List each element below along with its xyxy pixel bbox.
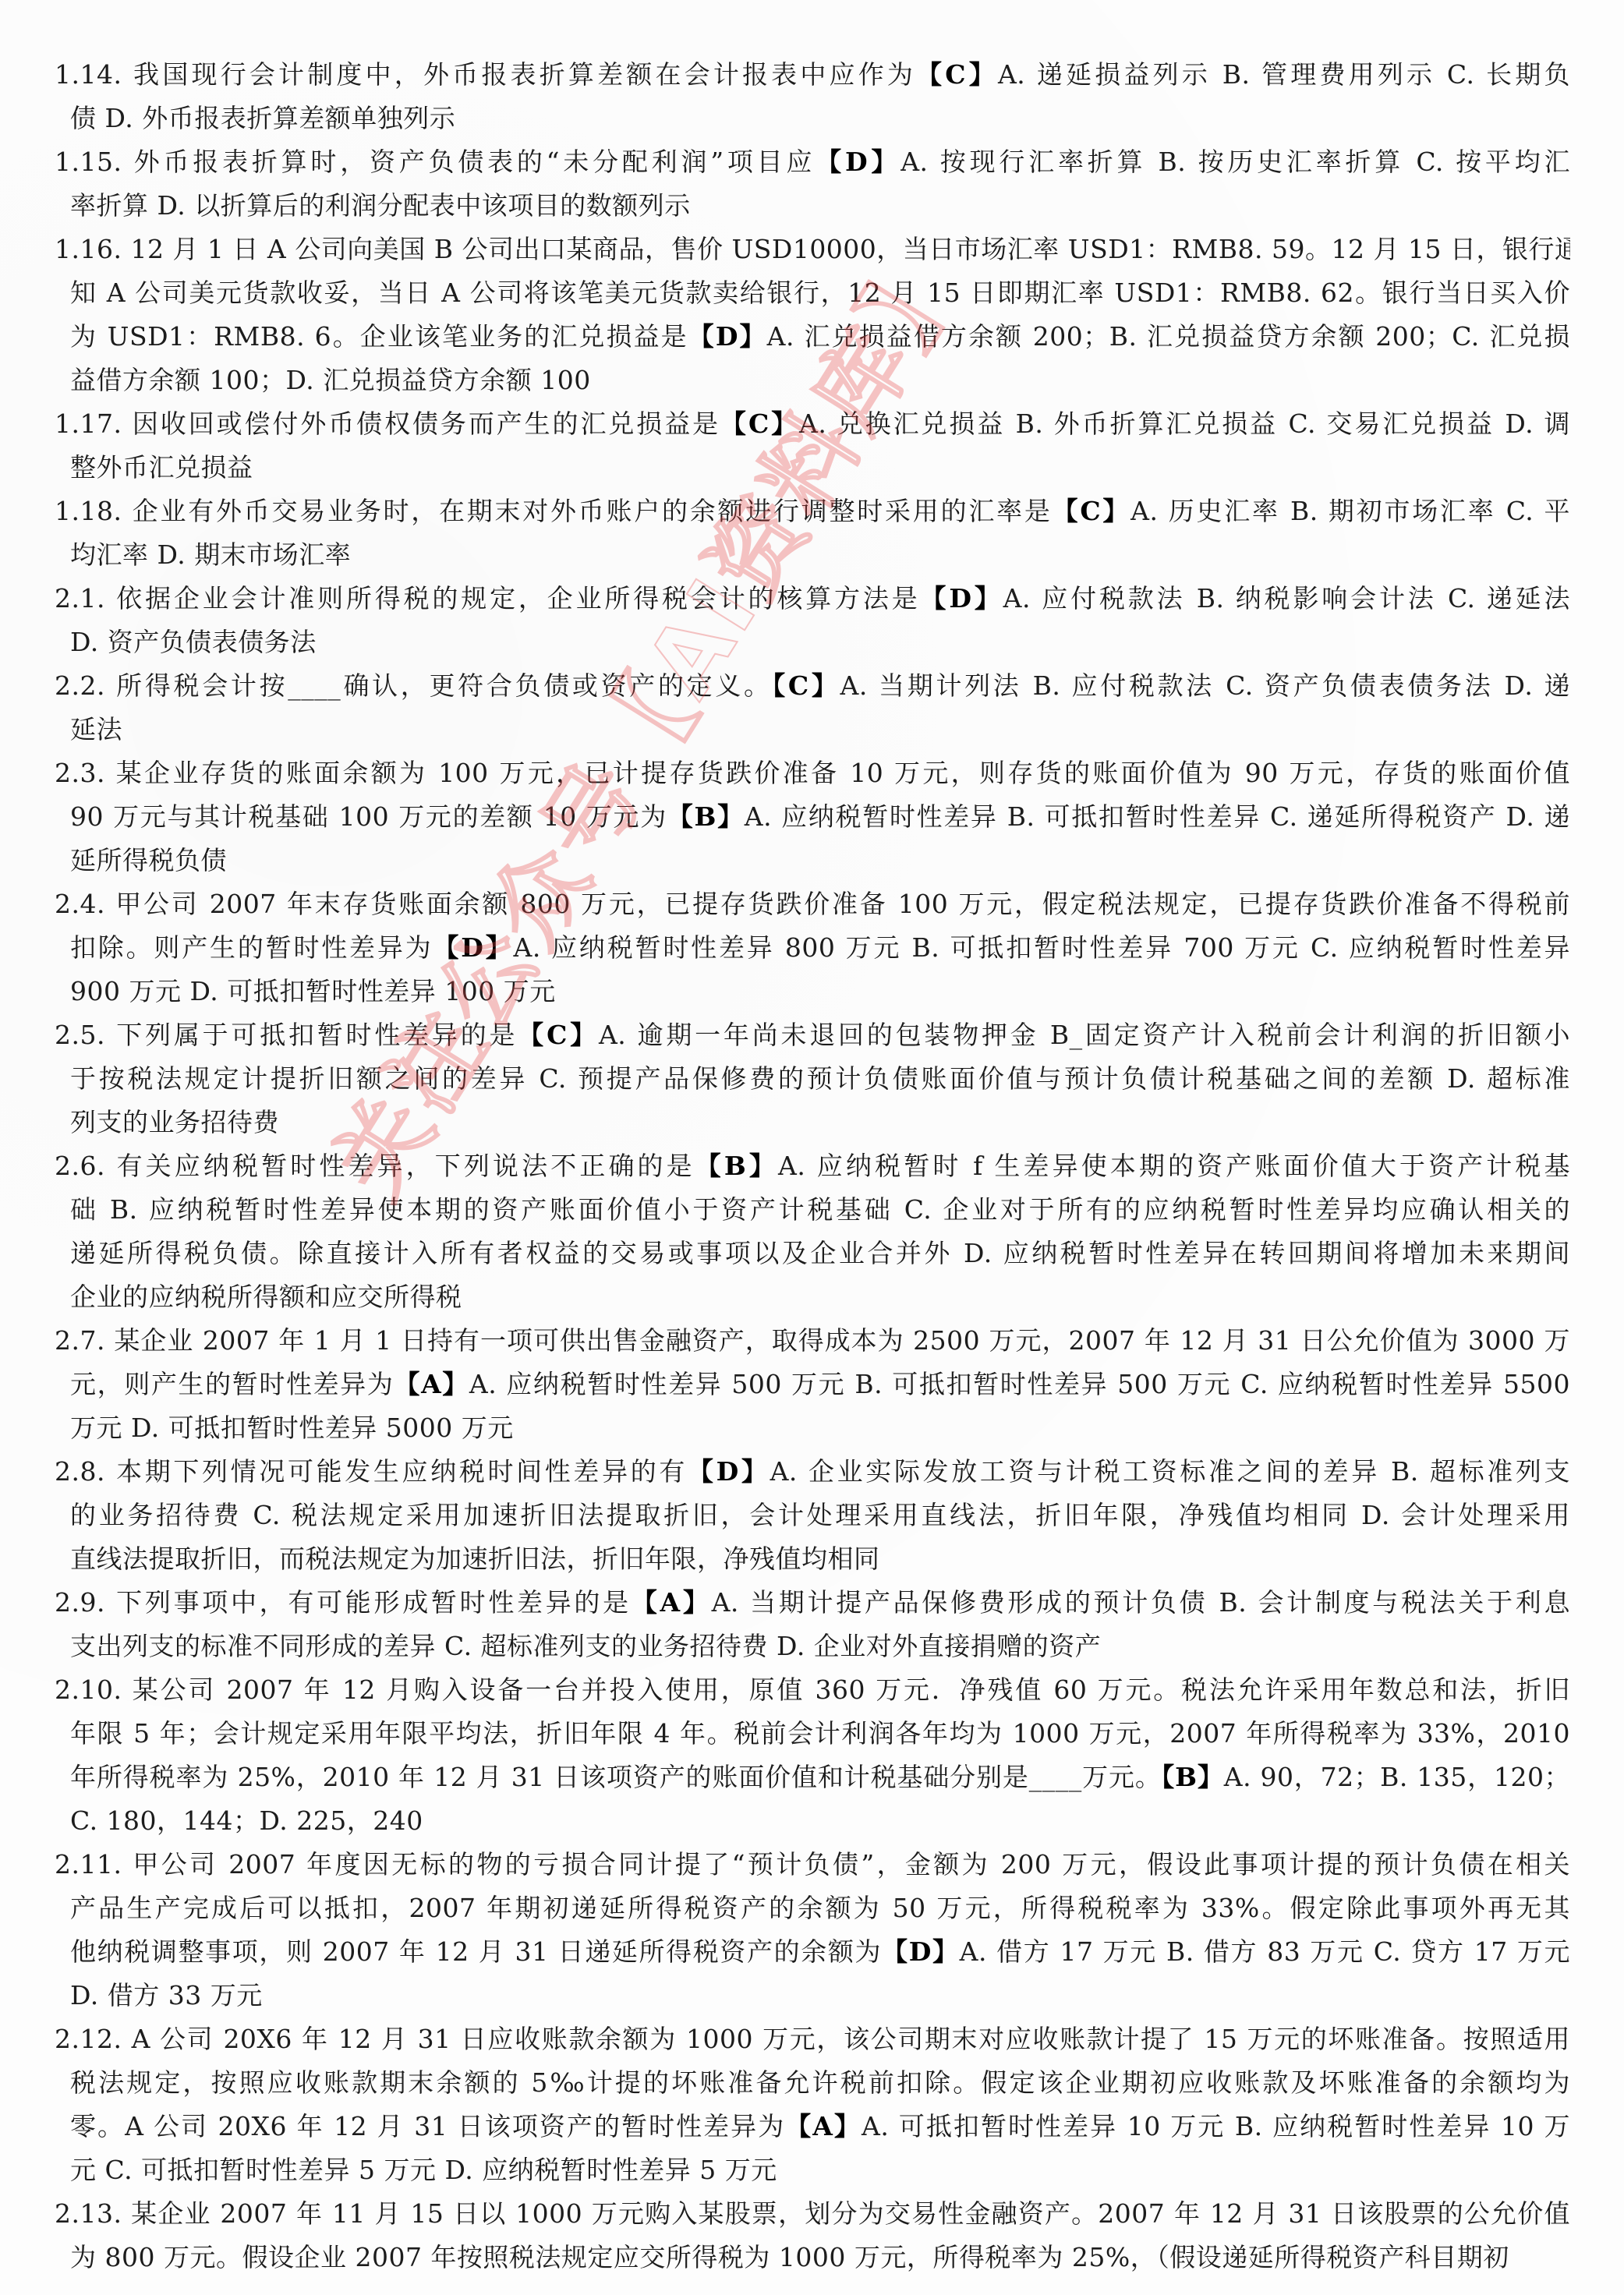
answer-key: 【C】 [916, 59, 998, 90]
question-continuation-line: 万元 D. 可抵扣暂时性差异 5000 万元 [55, 1406, 1570, 1450]
document-page: 1.14. 我国现行会计制度中，外币报表折算差额在会计报表中应作为【C】A. 递… [0, 0, 1624, 2295]
question-item: 2.2. 所得税会计按____确认，更符合负债或资产的定义。【C】A. 当期计列… [55, 664, 1570, 751]
question-item: 2.13. 某企业 2007 年 11 月 15 日以 1000 万元购入某股票… [55, 2192, 1570, 2279]
question-continuation-line: 延所得税负债 [55, 839, 1570, 882]
question-continuation-line: 年限 5 年；会计规定采用年限平均法，折旧年限 4 年。税前会计利润各年均为 1… [55, 1712, 1570, 1756]
question-continuation-line: 支出列支的标准不同形成的差异 C. 超标准列支的业务招待费 D. 企业对外直接捐… [55, 1625, 1570, 1668]
question-continuation-line: 直线法提取折旧，而税法规定为加速折旧法，折旧年限，净残值均相同 [55, 1537, 1570, 1581]
question-continuation-line: 他纳税调整事项，则 2007 年 12 月 31 日递延所得税资产的余额为【D】… [55, 1930, 1570, 1974]
question-text-line: 2.2. 所得税会计按____确认，更符合负债或资产的定义。【C】A. 当期计列… [55, 664, 1570, 708]
question-item: 1.14. 我国现行会计制度中，外币报表折算差额在会计报表中应作为【C】A. 递… [55, 53, 1570, 140]
question-item: 2.5. 下列属于可抵扣暂时性差异的是【C】A. 逾期一年尚未退回的包装物押金 … [55, 1013, 1570, 1144]
question-text-line: 2.4. 甲公司 2007 年末存货账面余额 800 万元，已提存货跌价准备 1… [55, 882, 1570, 926]
question-continuation-line: C. 180，144；D. 225，240 [55, 1799, 1570, 1843]
answer-key: 【D】 [816, 147, 900, 177]
question-text-line: 1.17. 因收回或偿付外币债权债务而产生的汇兑损益是【C】A. 兑换汇兑损益 … [55, 402, 1570, 446]
question-item: 1.16. 12 月 1 日 A 公司向美国 B 公司出口某商品，售价 USD1… [55, 228, 1570, 402]
question-text-line: 2.5. 下列属于可抵扣暂时性差异的是【C】A. 逾期一年尚未退回的包装物押金 … [55, 1013, 1570, 1057]
answer-key: 【C】 [1053, 496, 1131, 526]
question-item: 2.8. 本期下列情况可能发生应纳税时间性差异的有【D】A. 企业实际发放工资与… [55, 1450, 1570, 1581]
question-continuation-line: D. 借方 33 万元 [55, 1974, 1570, 2017]
question-list: 1.14. 我国现行会计制度中，外币报表折算差额在会计报表中应作为【C】A. 递… [55, 53, 1570, 2279]
question-continuation-line: 企业的应纳税所得额和应交所得税 [55, 1275, 1570, 1319]
question-continuation-line: 整外币汇兑损益 [55, 446, 1570, 490]
answer-key: 【D】 [921, 583, 1003, 614]
answer-key: 【D】 [688, 321, 767, 352]
question-item: 2.4. 甲公司 2007 年末存货账面余额 800 万元，已提存货跌价准备 1… [55, 882, 1570, 1013]
question-continuation-line: 的业务招待费 C. 税法规定采用加速折旧法提取折旧，会计处理采用直线法，折旧年限… [55, 1494, 1570, 1537]
answer-key: 【B】 [1162, 1762, 1224, 1792]
question-text-line: 1.14. 我国现行会计制度中，外币报表折算差额在会计报表中应作为【C】A. 递… [55, 53, 1570, 97]
answer-key: 【A】 [785, 2111, 862, 2141]
answer-key: 【D】 [433, 932, 513, 963]
question-item: 2.12. A 公司 20X6 年 12 月 31 日应收账款余额为 1000 … [55, 2017, 1570, 2192]
question-continuation-line: 元，则产生的暂时性差异为【A】A. 应纳税暂时性差异 500 万元 B. 可抵扣… [55, 1363, 1570, 1406]
question-continuation-line: 递延所得税负债。除直接计入所有者权益的交易或事项以及企业合并外 D. 应纳税暂时… [55, 1232, 1570, 1275]
question-continuation-line: 债 D. 外币报表折算差额单独列示 [55, 97, 1570, 140]
question-text-line: 1.15. 外币报表折算时，资产负债表的“未分配利润”项目应【D】A. 按现行汇… [55, 140, 1570, 184]
question-text-line: 2.11. 甲公司 2007 年度因无标的物的亏损合同计提了“预计负债”，金额为… [55, 1843, 1570, 1887]
question-item: 2.7. 某企业 2007 年 1 月 1 日持有一项可供出售金融资产，取得成本… [55, 1319, 1570, 1450]
question-item: 1.15. 外币报表折算时，资产负债表的“未分配利润”项目应【D】A. 按现行汇… [55, 140, 1570, 228]
answer-key: 【C】 [720, 408, 799, 439]
answer-key: 【A】 [394, 1369, 469, 1399]
question-text-line: 2.9. 下列事项中，有可能形成暂时性差异的是【A】A. 当期计提产品保修费形成… [55, 1581, 1570, 1625]
question-text-line: 2.7. 某企业 2007 年 1 月 1 日持有一项可供出售金融资产，取得成本… [55, 1319, 1570, 1363]
question-item: 2.10. 某公司 2007 年 12 月购入设备一台并投入使用，原值 360 … [55, 1668, 1570, 1843]
question-item: 2.9. 下列事项中，有可能形成暂时性差异的是【A】A. 当期计提产品保修费形成… [55, 1581, 1570, 1668]
question-continuation-line: 年所得税率为 25%，2010 年 12 月 31 日该项资产的账面价值和计税基… [55, 1756, 1570, 1799]
question-continuation-line: 列支的业务招待费 [55, 1101, 1570, 1144]
question-item: 2.1. 依据企业会计准则所得税的规定，企业所得税会计的核算方法是【D】A. 应… [55, 577, 1570, 664]
answer-key: 【B】 [667, 801, 745, 832]
question-continuation-line: 零。A 公司 20X6 年 12 月 31 日该项资产的暂时性差异为【A】A. … [55, 2105, 1570, 2148]
question-continuation-line: 益借方余额 100；D. 汇兑损益贷方余额 100 [55, 359, 1570, 402]
question-text-line: 2.1. 依据企业会计准则所得税的规定，企业所得税会计的核算方法是【D】A. 应… [55, 577, 1570, 621]
question-text-line: 2.3. 某企业存货的账面余额为 100 万元，已计提存货跌价准备 10 万元，… [55, 751, 1570, 795]
question-continuation-line: 均汇率 D. 期末市场汇率 [55, 533, 1570, 577]
answer-key: 【D】 [882, 1936, 960, 1967]
question-item: 1.17. 因收回或偿付外币债权债务而产生的汇兑损益是【C】A. 兑换汇兑损益 … [55, 402, 1570, 490]
question-continuation-line: 扣除。则产生的暂时性差异为【D】A. 应纳税暂时性差异 800 万元 B. 可抵… [55, 926, 1570, 970]
answer-key: 【C】 [518, 1020, 599, 1050]
question-text-line: 2.10. 某公司 2007 年 12 月购入设备一台并投入使用，原值 360 … [55, 1668, 1570, 1712]
question-text-line: 2.13. 某企业 2007 年 11 月 15 日以 1000 万元购入某股票… [55, 2192, 1570, 2236]
question-text-line: 1.18. 企业有外币交易业务时，在期末对外币账户的余额进行调整时采用的汇率是【… [55, 490, 1570, 533]
question-continuation-line: 90 万元与其计税基础 100 万元的差额 10 万元为【B】A. 应纳税暂时性… [55, 795, 1570, 839]
question-text-line: 2.8. 本期下列情况可能发生应纳税时间性差异的有【D】A. 企业实际发放工资与… [55, 1450, 1570, 1494]
question-text-line: 1.16. 12 月 1 日 A 公司向美国 B 公司出口某商品，售价 USD1… [55, 228, 1570, 271]
question-continuation-line: 于按税法规定计提折旧额之间的差异 C. 预提产品保修费的预计负债账面价值与预计负… [55, 1057, 1570, 1101]
question-continuation-line: 率折算 D. 以折算后的利润分配表中该项目的数额列示 [55, 184, 1570, 228]
question-item: 2.6. 有关应纳税暂时性差异，下列说法不正确的是【B】A. 应纳税暂时 f 生… [55, 1144, 1570, 1319]
question-item: 1.18. 企业有外币交易业务时，在期末对外币账户的余额进行调整时采用的汇率是【… [55, 490, 1570, 577]
question-item: 2.3. 某企业存货的账面余额为 100 万元，已计提存货跌价准备 10 万元，… [55, 751, 1570, 882]
answer-key: 【B】 [695, 1151, 778, 1181]
question-continuation-line: 税法规定，按照应收账款期末余额的 5‰计提的坏账准备允许税前扣除。假定该企业期初… [55, 2061, 1570, 2105]
question-continuation-line: 础 B. 应纳税暂时性差异使本期的资产账面价值小于资产计税基础 C. 企业对于所… [55, 1188, 1570, 1232]
question-continuation-line: D. 资产负债表债务法 [55, 621, 1570, 664]
question-continuation-line: 为 USD1：RMB8. 6。企业该笔业务的汇兑损益是【D】A. 汇兑损益借方余… [55, 315, 1570, 359]
question-continuation-line: 元 C. 可抵扣暂时性差异 5 万元 D. 应纳税暂时性差异 5 万元 [55, 2148, 1570, 2192]
question-continuation-line: 产品生产完成后可以抵扣，2007 年期初递延所得税资产的余额为 50 万元，所得… [55, 1887, 1570, 1930]
question-text-line: 2.6. 有关应纳税暂时性差异，下列说法不正确的是【B】A. 应纳税暂时 f 生… [55, 1144, 1570, 1188]
question-continuation-line: 延法 [55, 708, 1570, 751]
question-continuation-line: 知 A 公司美元货款收妥，当日 A 公司将该笔美元货款卖给银行，12 月 15 … [55, 271, 1570, 315]
answer-key: 【A】 [632, 1587, 712, 1618]
answer-key: 【C】 [773, 670, 840, 701]
answer-key: 【D】 [688, 1456, 770, 1487]
question-text-line: 2.12. A 公司 20X6 年 12 月 31 日应收账款余额为 1000 … [55, 2017, 1570, 2061]
question-continuation-line: 为 800 万元。假设企业 2007 年按照税法规定应交所得税为 1000 万元… [55, 2236, 1570, 2279]
question-continuation-line: 900 万元 D. 可抵扣暂时性差异 100 万元 [55, 970, 1570, 1013]
question-item: 2.11. 甲公司 2007 年度因无标的物的亏损合同计提了“预计负债”，金额为… [55, 1843, 1570, 2017]
